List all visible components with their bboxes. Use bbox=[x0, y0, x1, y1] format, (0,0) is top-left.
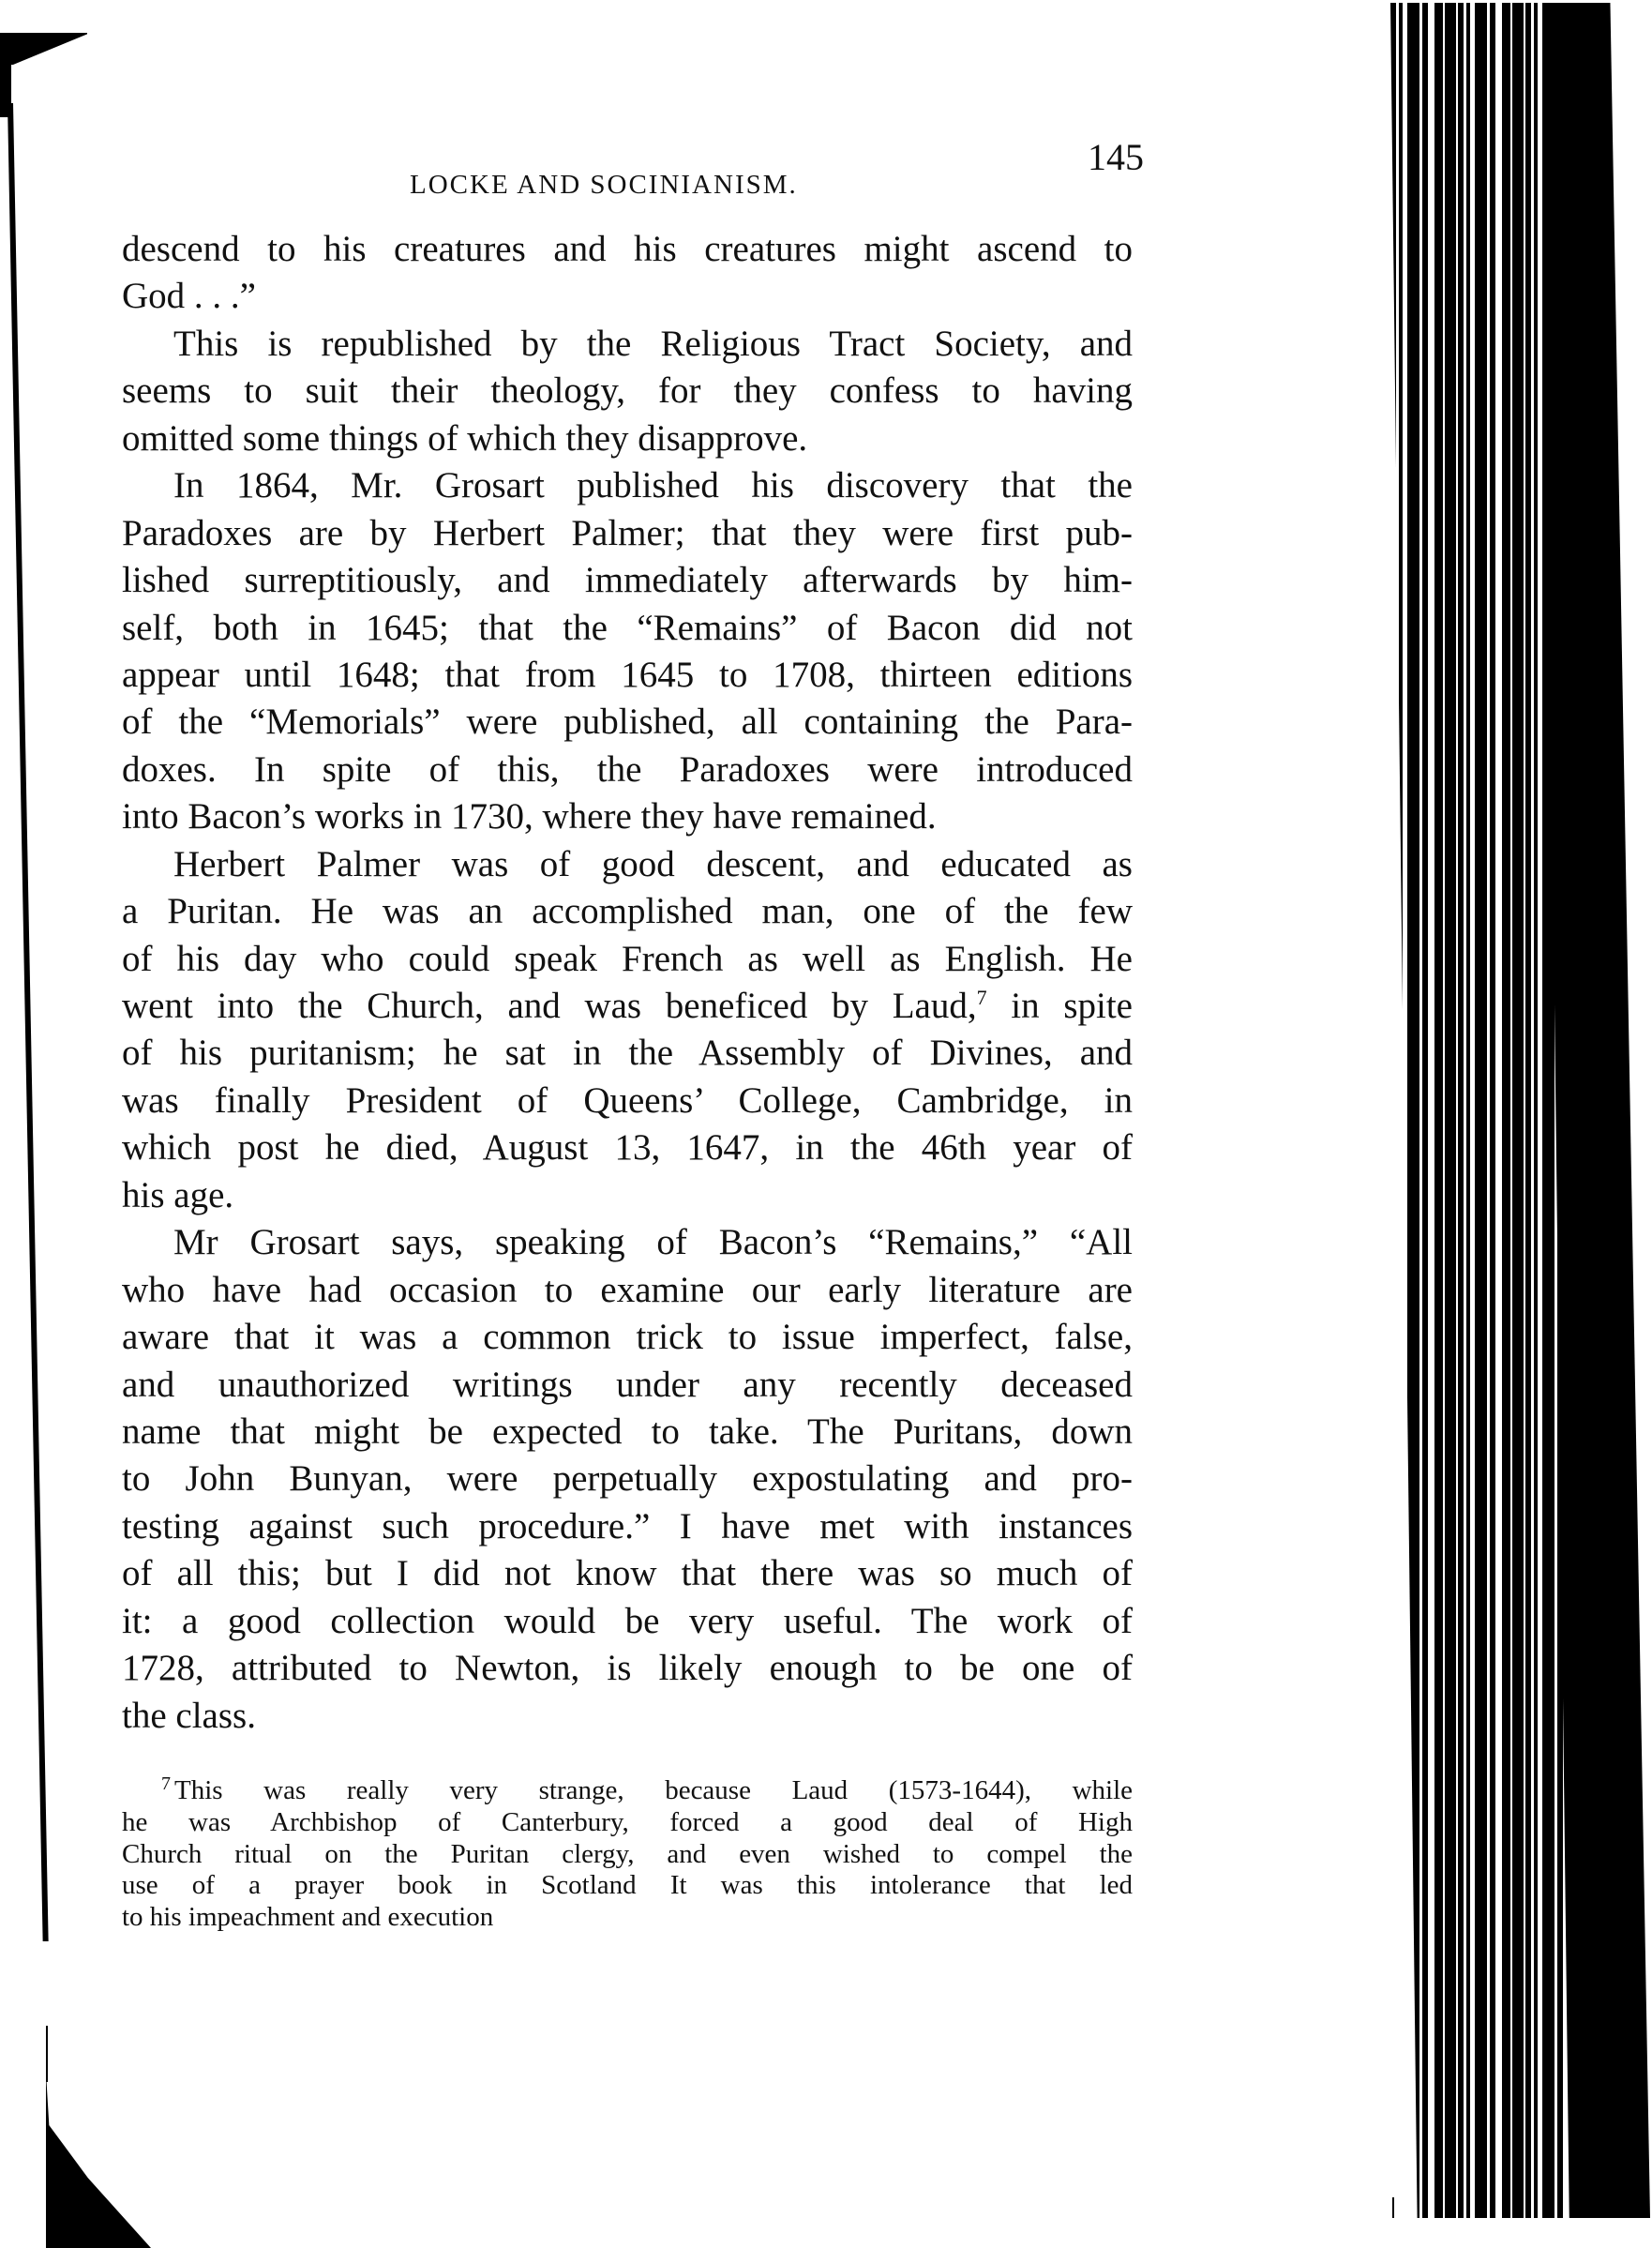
body-line: of his day who could speak French as wel… bbox=[122, 936, 1133, 983]
body-line-text: and unauthorized writings under any rece… bbox=[122, 1365, 1133, 1405]
body-line: of all this; but I did not know that the… bbox=[122, 1550, 1133, 1597]
scan-corner-mark-top-left bbox=[0, 33, 87, 65]
body-line-text: it: a good collection would be very usef… bbox=[122, 1601, 1133, 1641]
footnote-marker: 7 bbox=[161, 1773, 171, 1794]
body-line: a Puritan. He was an accomplished man, o… bbox=[122, 888, 1133, 935]
body-line-text: 1728, attributed to Newton, is likely en… bbox=[122, 1648, 1133, 1688]
body-line: appear until 1648; that from 1645 to 170… bbox=[122, 652, 1133, 699]
body-line: which post he died, August 13, 1647, in … bbox=[122, 1124, 1133, 1171]
body-line: seems to suit their theology, for they c… bbox=[122, 368, 1133, 415]
body-line-text: was finally President of Queens’ College… bbox=[122, 1080, 1133, 1121]
running-head: LOCKE AND SOCINIANISM. bbox=[410, 172, 798, 199]
body-line-text: Paradoxes are by Herbert Palmer; that th… bbox=[122, 513, 1133, 553]
scan-edge-line-bottom-left bbox=[46, 2026, 48, 2082]
body-line: omitted some things of which they disapp… bbox=[122, 415, 1133, 462]
body-line-text: Herbert Palmer was of good descent, and … bbox=[173, 844, 1133, 884]
body-line: to John Bunyan, were perpetually expostu… bbox=[122, 1456, 1133, 1502]
body-line: who have had occasion to examine our ear… bbox=[122, 1267, 1133, 1314]
footnote-line: use of a prayer book in Scotland It was … bbox=[122, 1870, 1133, 1902]
body-line-text: name that might be expected to take. The… bbox=[122, 1411, 1133, 1452]
footnote-line-text: use of a prayer book in Scotland It was … bbox=[122, 1870, 1133, 1900]
body-line: name that might be expected to take. The… bbox=[122, 1409, 1133, 1456]
footnote-reference: 7 bbox=[977, 986, 987, 1009]
body-line: of his puritanism; he sat in the Assembl… bbox=[122, 1030, 1133, 1077]
body-line: self, both in 1645; that the “Remains” o… bbox=[122, 605, 1133, 652]
footnote-line-text: This was really very strange, because La… bbox=[174, 1775, 1133, 1805]
body-line-text: doxes. In spite of this, the Paradoxes w… bbox=[122, 749, 1133, 790]
body-line: Herbert Palmer was of good descent, and … bbox=[122, 841, 1133, 888]
body-line: it: a good collection would be very usef… bbox=[122, 1598, 1133, 1645]
body-line: doxes. In spite of this, the Paradoxes w… bbox=[122, 747, 1133, 793]
body-line: This is republished by the Religious Tra… bbox=[122, 321, 1133, 368]
footnote-line: he was Archbishop of Canterbury, forced … bbox=[122, 1807, 1133, 1839]
body-line: was finally President of Queens’ College… bbox=[122, 1078, 1133, 1124]
page-number: 145 bbox=[1088, 139, 1144, 176]
body-line-text: God . . .” bbox=[122, 276, 256, 316]
body-line-text: descend to his creatures and his creatur… bbox=[122, 229, 1133, 269]
scan-edge-tick bbox=[1392, 2197, 1394, 2218]
body-line-text: In 1864, Mr. Grosart published his disco… bbox=[173, 465, 1133, 505]
footnote-line: 7This was really very strange, because L… bbox=[122, 1775, 1133, 1807]
body-line-text: to John Bunyan, were perpetually expostu… bbox=[122, 1458, 1133, 1499]
body-line-text: a Puritan. He was an accomplished man, o… bbox=[122, 891, 1133, 931]
footnote: 7This was really very strange, because L… bbox=[122, 1775, 1133, 1934]
body-line-text: in spite bbox=[987, 986, 1133, 1026]
body-line-text: aware that it was a common trick to issu… bbox=[122, 1317, 1133, 1357]
body-line-text: of the “Memorials” were published, all c… bbox=[122, 702, 1133, 742]
body-line-text: of all this; but I did not know that the… bbox=[122, 1553, 1133, 1593]
footnote-line-text: he was Archbishop of Canterbury, forced … bbox=[122, 1807, 1133, 1837]
scan-edge-line-left bbox=[8, 103, 49, 1941]
body-line-text: Mr Grosart says, speaking of Bacon’s “Re… bbox=[173, 1222, 1133, 1262]
body-line: testing against such procedure.” I have … bbox=[122, 1503, 1133, 1550]
body-line: God . . .” bbox=[122, 273, 1133, 320]
body-line: descend to his creatures and his creatur… bbox=[122, 226, 1133, 273]
body-text: descend to his creatures and his creatur… bbox=[122, 226, 1133, 1740]
body-line: went into the Church, and was beneficed … bbox=[122, 983, 1133, 1030]
body-line: aware that it was a common trick to issu… bbox=[122, 1314, 1133, 1361]
body-line-text: seems to suit their theology, for they c… bbox=[122, 370, 1133, 411]
body-line: Paradoxes are by Herbert Palmer; that th… bbox=[122, 510, 1133, 557]
body-line: Mr Grosart says, speaking of Bacon’s “Re… bbox=[122, 1219, 1133, 1266]
body-line-text: which post he died, August 13, 1647, in … bbox=[122, 1127, 1133, 1168]
scan-corner-mark-bottom-left bbox=[46, 2073, 151, 2248]
body-line-text: self, both in 1645; that the “Remains” o… bbox=[122, 608, 1133, 648]
body-line-text: omitted some things of which they disapp… bbox=[122, 418, 807, 459]
body-line-text: into Bacon’s works in 1730, where they h… bbox=[122, 796, 937, 837]
body-line: In 1864, Mr. Grosart published his disco… bbox=[122, 462, 1133, 509]
body-line-text: who have had occasion to examine our ear… bbox=[122, 1270, 1133, 1310]
body-line: the class. bbox=[122, 1693, 1133, 1740]
body-line: into Bacon’s works in 1730, where they h… bbox=[122, 793, 1133, 840]
body-line: lished surreptitiously, and immediately … bbox=[122, 557, 1133, 604]
footnote-line-text: Church ritual on the Puritan clergy, and… bbox=[122, 1839, 1133, 1869]
footnote-line-text: to his impeachment and execution bbox=[122, 1902, 493, 1932]
body-line: of the “Memorials” were published, all c… bbox=[122, 699, 1133, 746]
body-line-text: the class. bbox=[122, 1696, 256, 1736]
body-line: and unauthorized writings under any rece… bbox=[122, 1362, 1133, 1409]
body-line-text: appear until 1648; that from 1645 to 170… bbox=[122, 655, 1133, 695]
body-line-text: testing against such procedure.” I have … bbox=[122, 1506, 1133, 1546]
body-line-text: went into the Church, and was beneficed … bbox=[122, 986, 977, 1026]
body-line: 1728, attributed to Newton, is likely en… bbox=[122, 1645, 1133, 1692]
body-line-text: This is republished by the Religious Tra… bbox=[173, 324, 1133, 364]
body-line: his age. bbox=[122, 1172, 1133, 1219]
body-line-text: of his day who could speak French as wel… bbox=[122, 939, 1133, 979]
footnote-line: Church ritual on the Puritan clergy, and… bbox=[122, 1839, 1133, 1871]
body-line-text: of his puritanism; he sat in the Assembl… bbox=[122, 1033, 1133, 1073]
footnote-line: to his impeachment and execution bbox=[122, 1902, 1133, 1934]
body-line-text: lished surreptitiously, and immediately … bbox=[122, 560, 1133, 600]
body-line-text: his age. bbox=[122, 1175, 233, 1215]
